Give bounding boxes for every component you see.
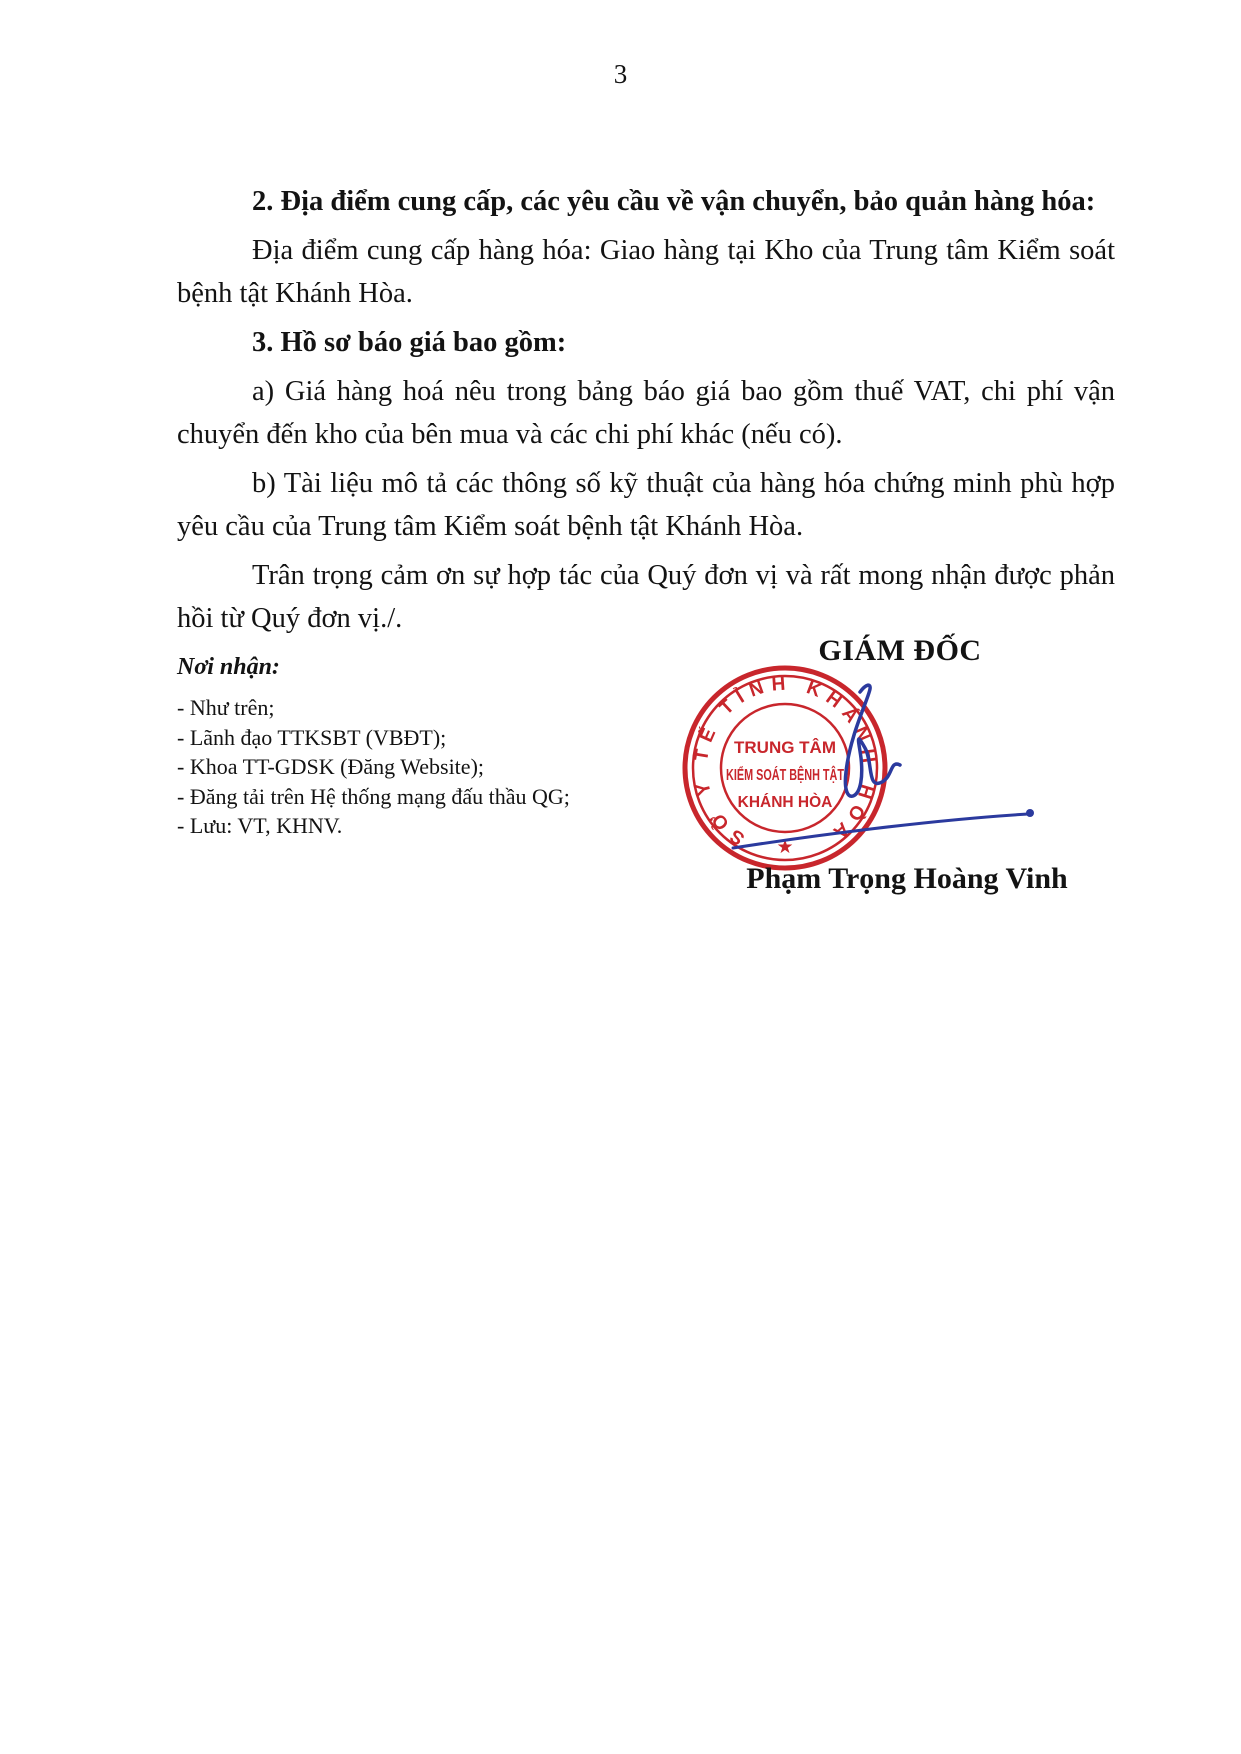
recipients-list: Nơi nhận: - Như trên; - Lãnh đạo TTKSBT … [177,654,637,841]
signer-name: Phạm Trọng Hoàng Vinh [687,862,1127,896]
signature-stroke [845,685,900,796]
section-2-paragraph: Địa điểm cung cấp hàng hóa: Giao hàng tạ… [177,229,1115,315]
recipient-item: - Lãnh đạo TTKSBT (VBĐT); [177,723,637,753]
recipients-label: Nơi nhận: [177,654,637,681]
section-heading-3: 3. Hồ sơ báo giá bao gồm: [177,321,1115,364]
signature-underline [733,814,1028,848]
signature-underline-dot [1026,809,1034,817]
recipient-item: - Đăng tải trên Hệ thống mạng đấu thầu Q… [177,782,637,812]
section-heading-2: 2. Địa điểm cung cấp, các yêu cầu về vận… [177,180,1115,223]
section-3-paragraph-b: b) Tài liệu mô tả các thông số kỹ thuật … [177,462,1115,548]
recipient-item: - Như trên; [177,693,637,723]
signature-block: Nơi nhận: - Như trên; - Lãnh đạo TTKSBT … [177,654,1115,1274]
closing-paragraph: Trân trọng cảm ơn sự hợp tác của Quý đơn… [177,554,1115,640]
recipient-item: - Lưu: VT, KHNV. [177,811,637,841]
document-page: 3 2. Địa điểm cung cấp, các yêu cầu về v… [0,0,1241,1754]
page-number: 3 [0,0,1241,92]
section-3-paragraph-a: a) Giá hàng hoá nêu trong bảng báo giá b… [177,370,1115,456]
document-body: 2. Địa điểm cung cấp, các yêu cầu về vận… [177,180,1115,1274]
recipient-item: - Khoa TT-GDSK (Đăng Website); [177,752,637,782]
signature [700,680,1050,870]
